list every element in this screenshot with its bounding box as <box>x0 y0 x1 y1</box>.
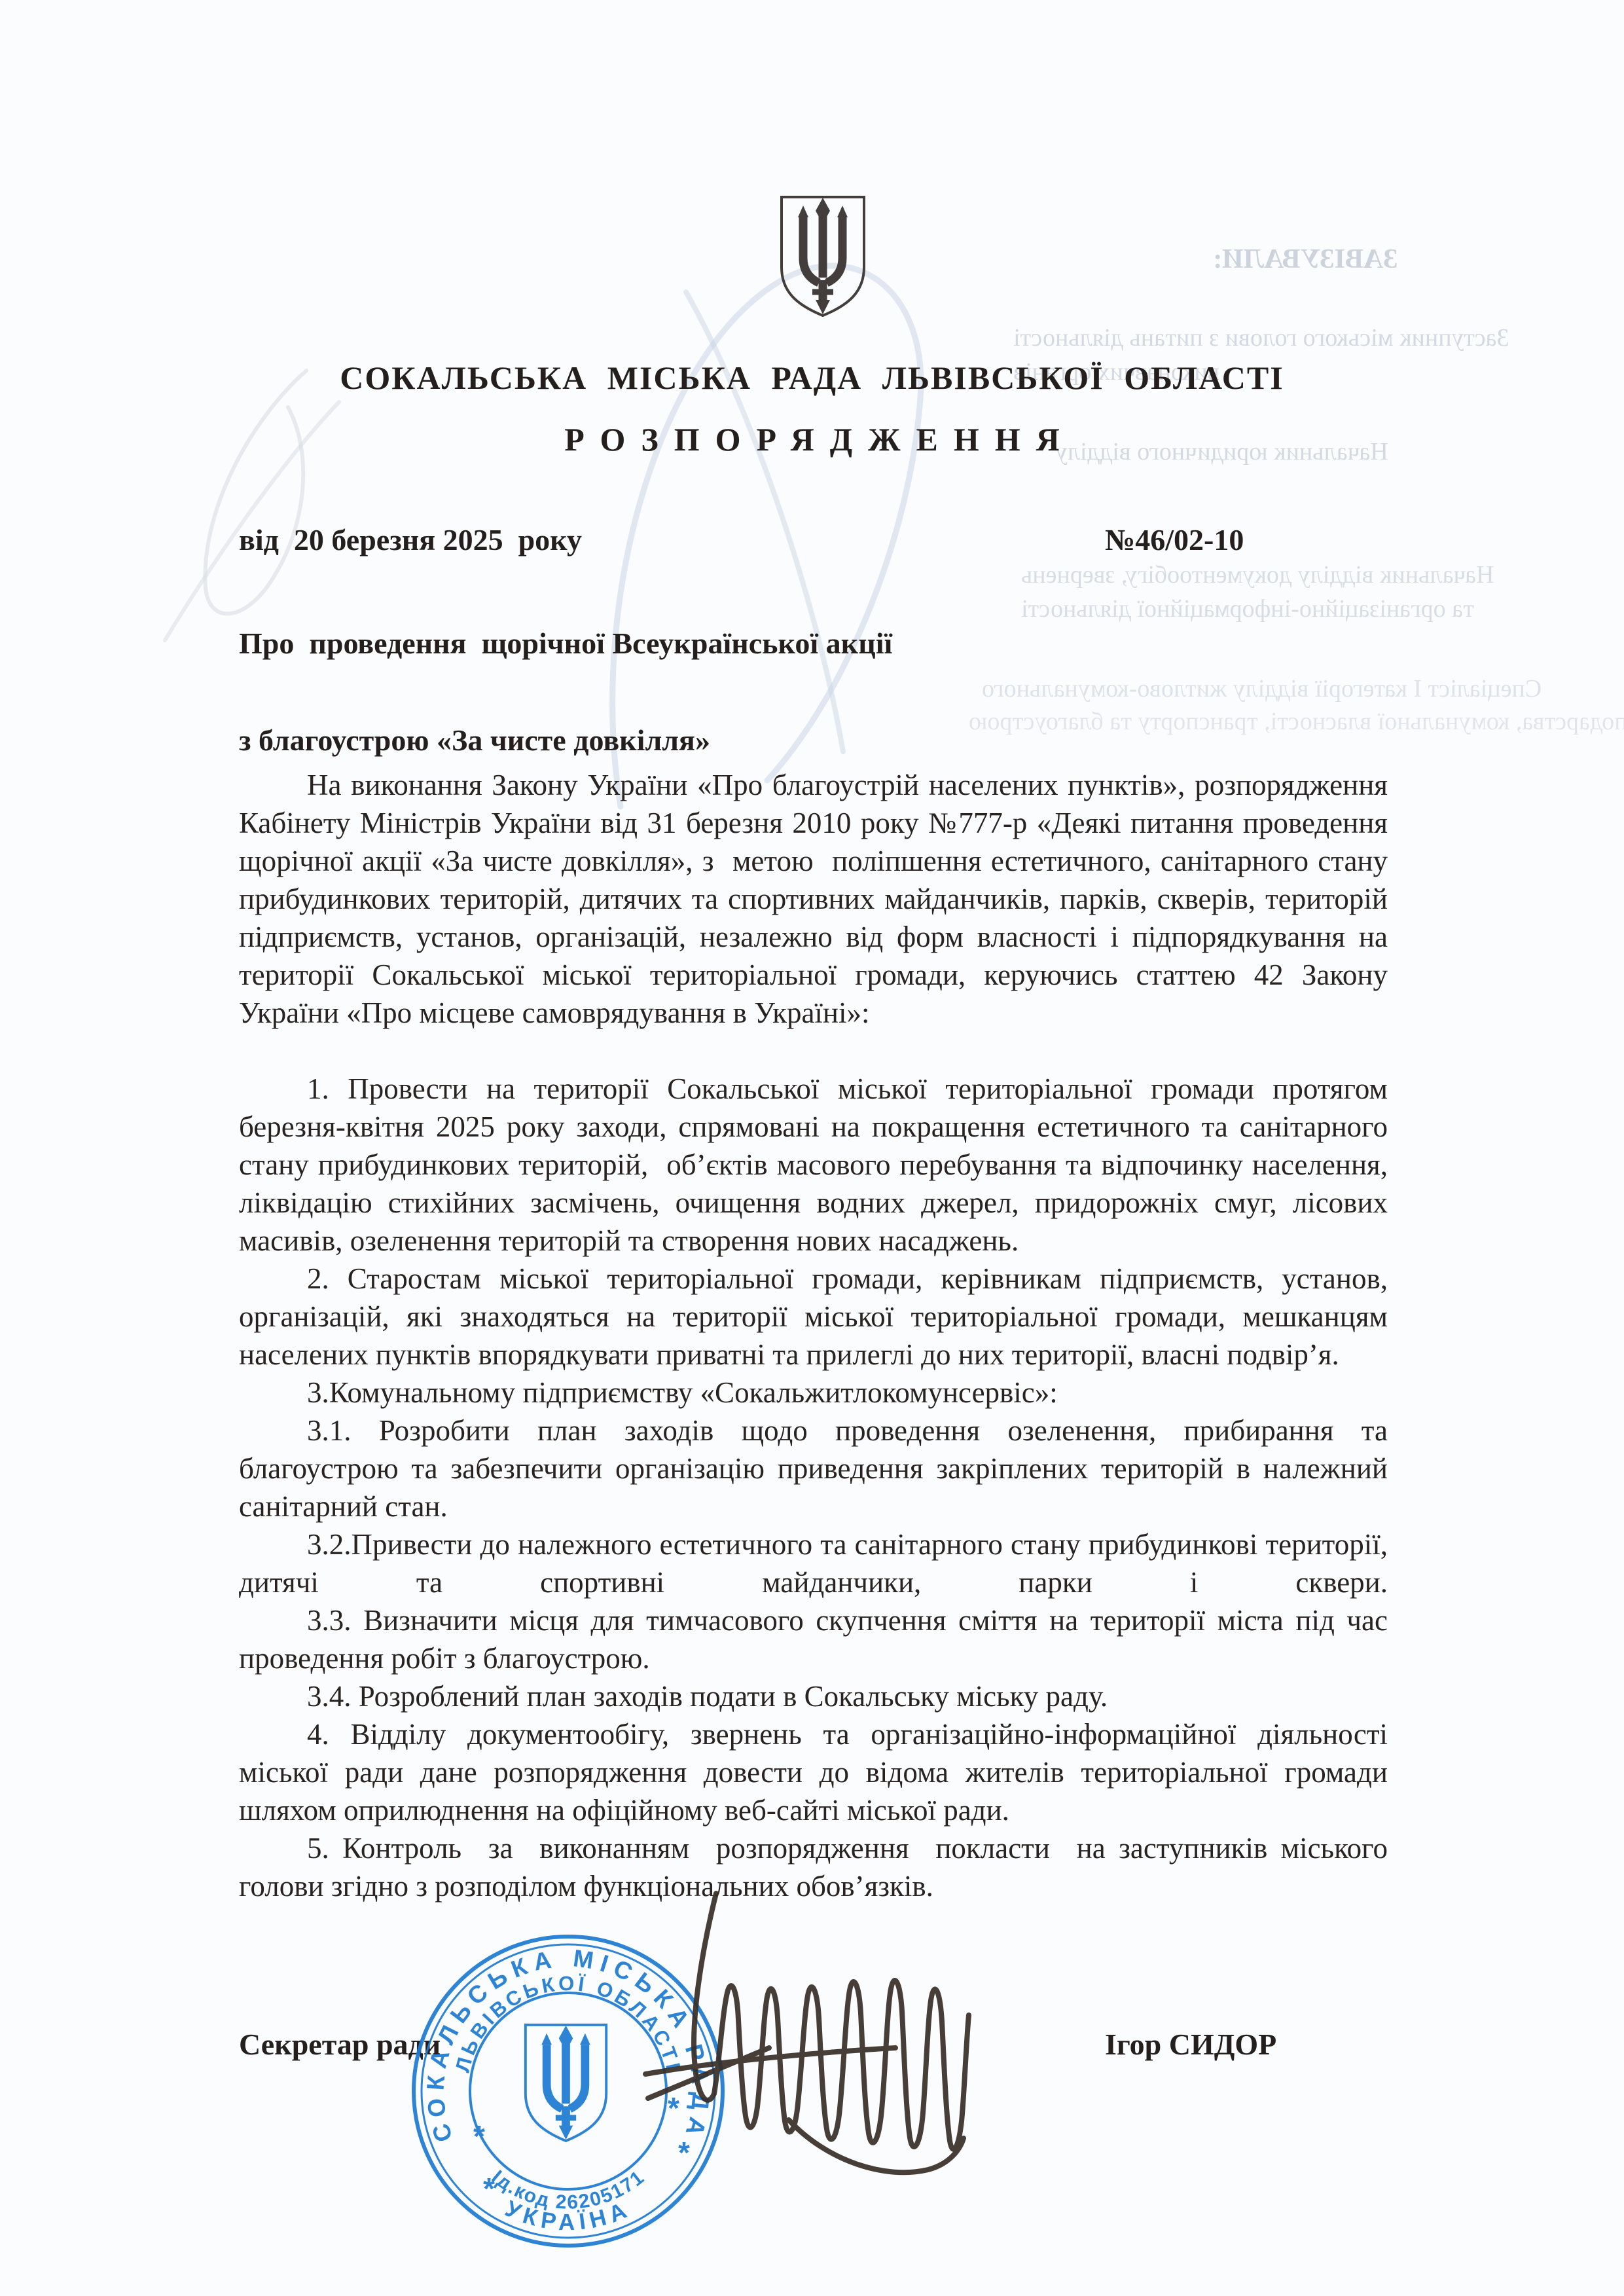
stamp-trident-icon <box>526 2025 606 2141</box>
bleedthrough-text-line: та організаційно-інформаційної діяльност… <box>1021 594 1474 623</box>
ukraine-trident-emblem-icon <box>777 194 869 318</box>
body-text: На виконання Закону України «Про благоус… <box>239 766 1388 1905</box>
official-round-stamp: СОКАЛЬСЬКА МІСЬКА РАДА ЛЬВІВСЬКОЇ ОБЛАСТ… <box>411 1934 725 2248</box>
subject-line-2: з благоустрою «За чисте довкілля» <box>239 723 710 757</box>
body-paragraph: 3.2.Привести до належного естетичного та… <box>239 1525 1388 1601</box>
scanned-document-page: ЗАВІЗУВАЛИ: Заступник міського голови з … <box>0 0 1624 2296</box>
document-subject: Про проведення щорічної Всеукраїнської а… <box>239 619 1057 765</box>
signatory-name: Ігор СИДОР <box>1105 2027 1276 2062</box>
stamp-separator-star-icon: * <box>678 2136 690 2170</box>
stamp-separator-star-icon: * <box>473 2119 485 2153</box>
bleedthrough-text-heading: ЗАВІЗУВАЛИ: <box>1213 244 1398 275</box>
bleedthrough-text-line: Начальник відділу документообігу, зверне… <box>1021 560 1494 589</box>
subject-line-1: Про проведення щорічної Всеукраїнської а… <box>239 627 892 660</box>
stamp-separator-star-icon: * <box>668 2091 679 2125</box>
stamp-separator-star-icon: * <box>483 2172 495 2206</box>
body-paragraph: На виконання Закону України «Про благоус… <box>239 766 1388 1032</box>
body-paragraph: 3.1. Розробити план заходів щодо проведе… <box>239 1412 1388 1525</box>
bleedthrough-text-line: Заступник міського голови з питань діяль… <box>1013 323 1509 352</box>
body-paragraph: 1. Провести на території Сокальської міс… <box>239 1070 1388 1260</box>
document-number: №46/02-10 <box>1105 522 1244 557</box>
body-paragraph: 3.Комунальному підприємству «Сокальжитло… <box>239 1374 1388 1412</box>
body-paragraph: 5. Контроль за виконанням розпорядження … <box>239 1829 1388 1905</box>
body-paragraph: 3.4. Розроблений план заходів подати в С… <box>239 1677 1388 1715</box>
document-date: від 20 березня 2025 року <box>239 522 582 557</box>
body-paragraph: 3.3. Визначити місця для тимчасового ску… <box>239 1601 1388 1677</box>
body-paragraph: 4. Відділу документообігу, звернень та о… <box>239 1715 1388 1829</box>
document-type-title: РОЗПОРЯДЖЕННЯ <box>0 420 1624 458</box>
body-paragraph: 2. Старостам міської територіальної гром… <box>239 1260 1388 1374</box>
bleedthrough-text-line: господарства, комунальної власності, тра… <box>969 707 1624 736</box>
bleedthrough-text-line: Спеціаліст І категорії відділу житлово-к… <box>982 674 1542 703</box>
organization-name: СОКАЛЬСЬКА МІСЬКА РАДА ЛЬВІВСЬКОЇ ОБЛАСТ… <box>0 359 1624 397</box>
